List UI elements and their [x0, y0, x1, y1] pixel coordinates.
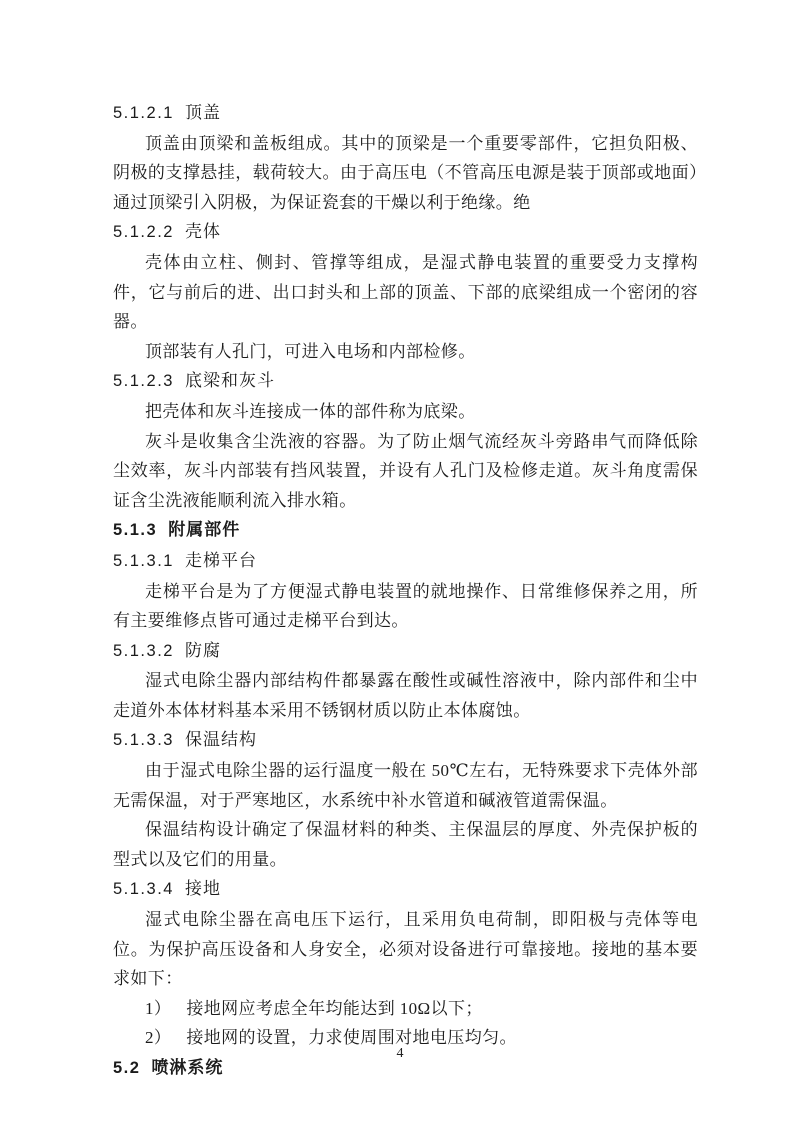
- paragraph: 灰斗是收集含尘洗液的容器。为了防止烟气流经灰斗旁路串气而降低除尘效率，灰斗内部装…: [113, 427, 698, 516]
- heading-title: 附属部件: [168, 520, 240, 539]
- heading-title: 防腐: [185, 641, 221, 660]
- paragraph: 顶盖由顶梁和盖板组成。其中的顶梁是一个重要零部件，它担负阳极、阴极的支撑悬挂，载…: [113, 129, 698, 218]
- list-marker: 1）: [145, 999, 171, 1018]
- list-item-1: 1）接地网应考虑全年均能达到 10Ω以下；: [113, 994, 698, 1024]
- document-body: 5.1.2.1顶盖 顶盖由顶梁和盖板组成。其中的顶梁是一个重要零部件，它担负阳极…: [113, 98, 698, 1084]
- heading-number: 5.1.2.2: [113, 223, 174, 241]
- document-page: 5.1.2.1顶盖 顶盖由顶梁和盖板组成。其中的顶梁是一个重要零部件，它担负阳极…: [0, 0, 800, 1131]
- paragraph: 把壳体和灰斗连接成一体的部件称为底梁。: [113, 397, 698, 427]
- heading-number: 5.1.3.4: [113, 880, 174, 898]
- heading-5-1-3-2: 5.1.3.2防腐: [113, 636, 698, 667]
- page-number: 4: [0, 1044, 800, 1064]
- heading-title: 顶盖: [185, 103, 221, 122]
- heading-title: 接地: [185, 879, 221, 898]
- heading-5-1-3: 5.1.3附属部件: [113, 515, 698, 546]
- heading-number: 5.1.3.1: [113, 552, 174, 570]
- heading-5-1-2-2: 5.1.2.2壳体: [113, 217, 698, 248]
- list-item-text: 接地网应考虑全年均能达到 10Ω以下；: [186, 999, 482, 1018]
- paragraph: 湿式电除尘器在高电压下运行，且采用负电荷制，即阳极与壳体等电位。为保护高压设备和…: [113, 905, 698, 994]
- heading-number: 5.1.3.3: [113, 731, 174, 749]
- paragraph: 湿式电除尘器内部结构件都暴露在酸性或碱性溶液中，除内部件和尘中走道外本体材料基本…: [113, 666, 698, 725]
- heading-5-1-3-4: 5.1.3.4接地: [113, 874, 698, 905]
- heading-title: 壳体: [185, 222, 221, 241]
- paragraph: 顶部装有人孔门，可进入电场和内部检修。: [113, 337, 698, 367]
- heading-title: 走梯平台: [185, 551, 257, 570]
- paragraph: 由于湿式电除尘器的运行温度一般在 50℃左右，无特殊要求下壳体外部无需保温，对于…: [113, 756, 698, 815]
- heading-title: 保温结构: [185, 730, 257, 749]
- heading-5-1-3-1: 5.1.3.1走梯平台: [113, 546, 698, 577]
- paragraph: 保温结构设计确定了保温材料的种类、主保温层的厚度、外壳保护板的型式以及它们的用量…: [113, 815, 698, 874]
- heading-5-1-2-3: 5.1.2.3底梁和灰斗: [113, 366, 698, 397]
- paragraph: 走梯平台是为了方便湿式静电装置的就地操作、日常维修保养之用，所有主要维修点皆可通…: [113, 577, 698, 636]
- heading-number: 5.1.2.1: [113, 104, 174, 122]
- heading-number: 5.1.3: [113, 521, 157, 539]
- heading-5-1-2-1: 5.1.2.1顶盖: [113, 98, 698, 129]
- heading-title: 底梁和灰斗: [185, 371, 275, 390]
- paragraph: 壳体由立柱、侧封、管撑等组成，是湿式静电装置的重要受力支撑构件，它与前后的进、出…: [113, 248, 698, 337]
- heading-5-1-3-3: 5.1.3.3保温结构: [113, 725, 698, 756]
- heading-number: 5.1.3.2: [113, 642, 174, 660]
- heading-number: 5.1.2.3: [113, 372, 174, 390]
